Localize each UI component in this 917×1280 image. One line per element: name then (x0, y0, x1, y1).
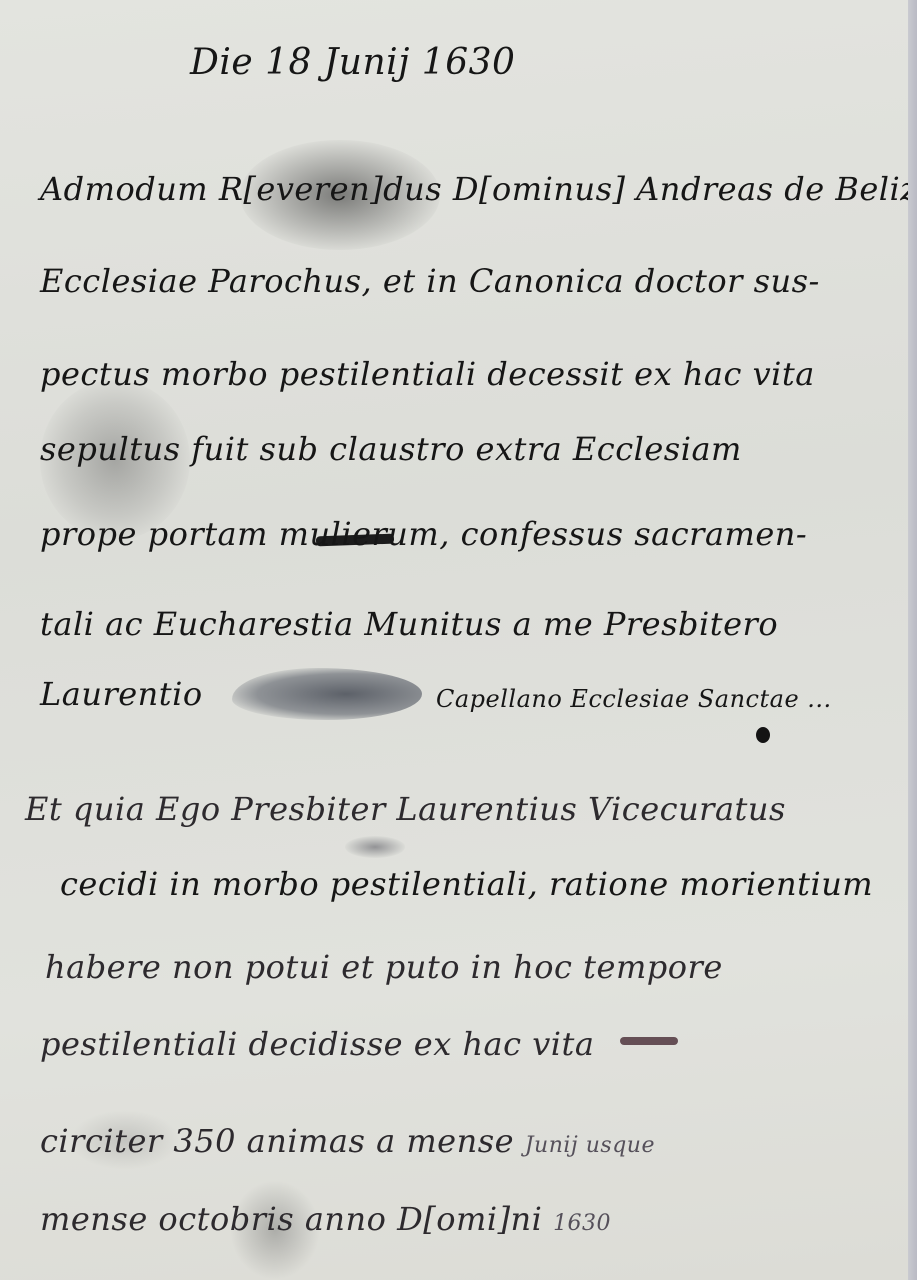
text-line-7-name: Laurentio (40, 675, 203, 713)
text-line-13-main: mense octobris anno D[omi]ni (40, 1200, 542, 1238)
text-line-13-year: 1630 (553, 1211, 611, 1236)
text-line-2: Ecclesiae Parochus, et in Canonica docto… (40, 262, 820, 300)
text-line-13: mense octobris anno D[omi]ni 1630 (40, 1200, 611, 1238)
text-line-1: Admodum R[everen]dus D[ominus] Andreas d… (40, 170, 908, 208)
text-line-11: pestilentiali decidisse ex hac vita (40, 1025, 594, 1063)
text-line-10: habere non potui et puto in hoc tempore (45, 948, 723, 986)
text-line-12-faint-tail: Junij usque (525, 1133, 655, 1158)
text-line-9: cecidi in morbo pestilentiali, ratione m… (60, 865, 873, 903)
ink-blot-redaction (232, 668, 422, 720)
text-line-4: sepultus fuit sub claustro extra Ecclesi… (40, 430, 742, 468)
struck-out-word (620, 1037, 678, 1045)
page-edge-shadow (908, 0, 917, 1280)
document-page: Die 18 Junij 1630 Admodum R[everen]dus D… (0, 0, 908, 1280)
text-line-12: circiter 350 animas a mense Junij usque (40, 1122, 655, 1160)
ink-blot (345, 836, 405, 858)
text-line-5: prope portam mulierum, confessus sacrame… (40, 515, 807, 553)
entry-date-heading: Die 18 Junij 1630 (190, 42, 515, 83)
text-line-8: Et quia Ego Presbiter Laurentius Vicecur… (25, 790, 786, 828)
ink-dot (756, 727, 770, 743)
text-line-6: tali ac Eucharestia Munitus a me Presbit… (40, 605, 778, 643)
text-line-7-after-blot: Capellano Ecclesiae Sanctae ... (436, 685, 832, 713)
text-line-12-main: circiter 350 animas a mense (40, 1122, 514, 1160)
text-line-3: pectus morbo pestilentiali decessit ex h… (40, 355, 815, 393)
